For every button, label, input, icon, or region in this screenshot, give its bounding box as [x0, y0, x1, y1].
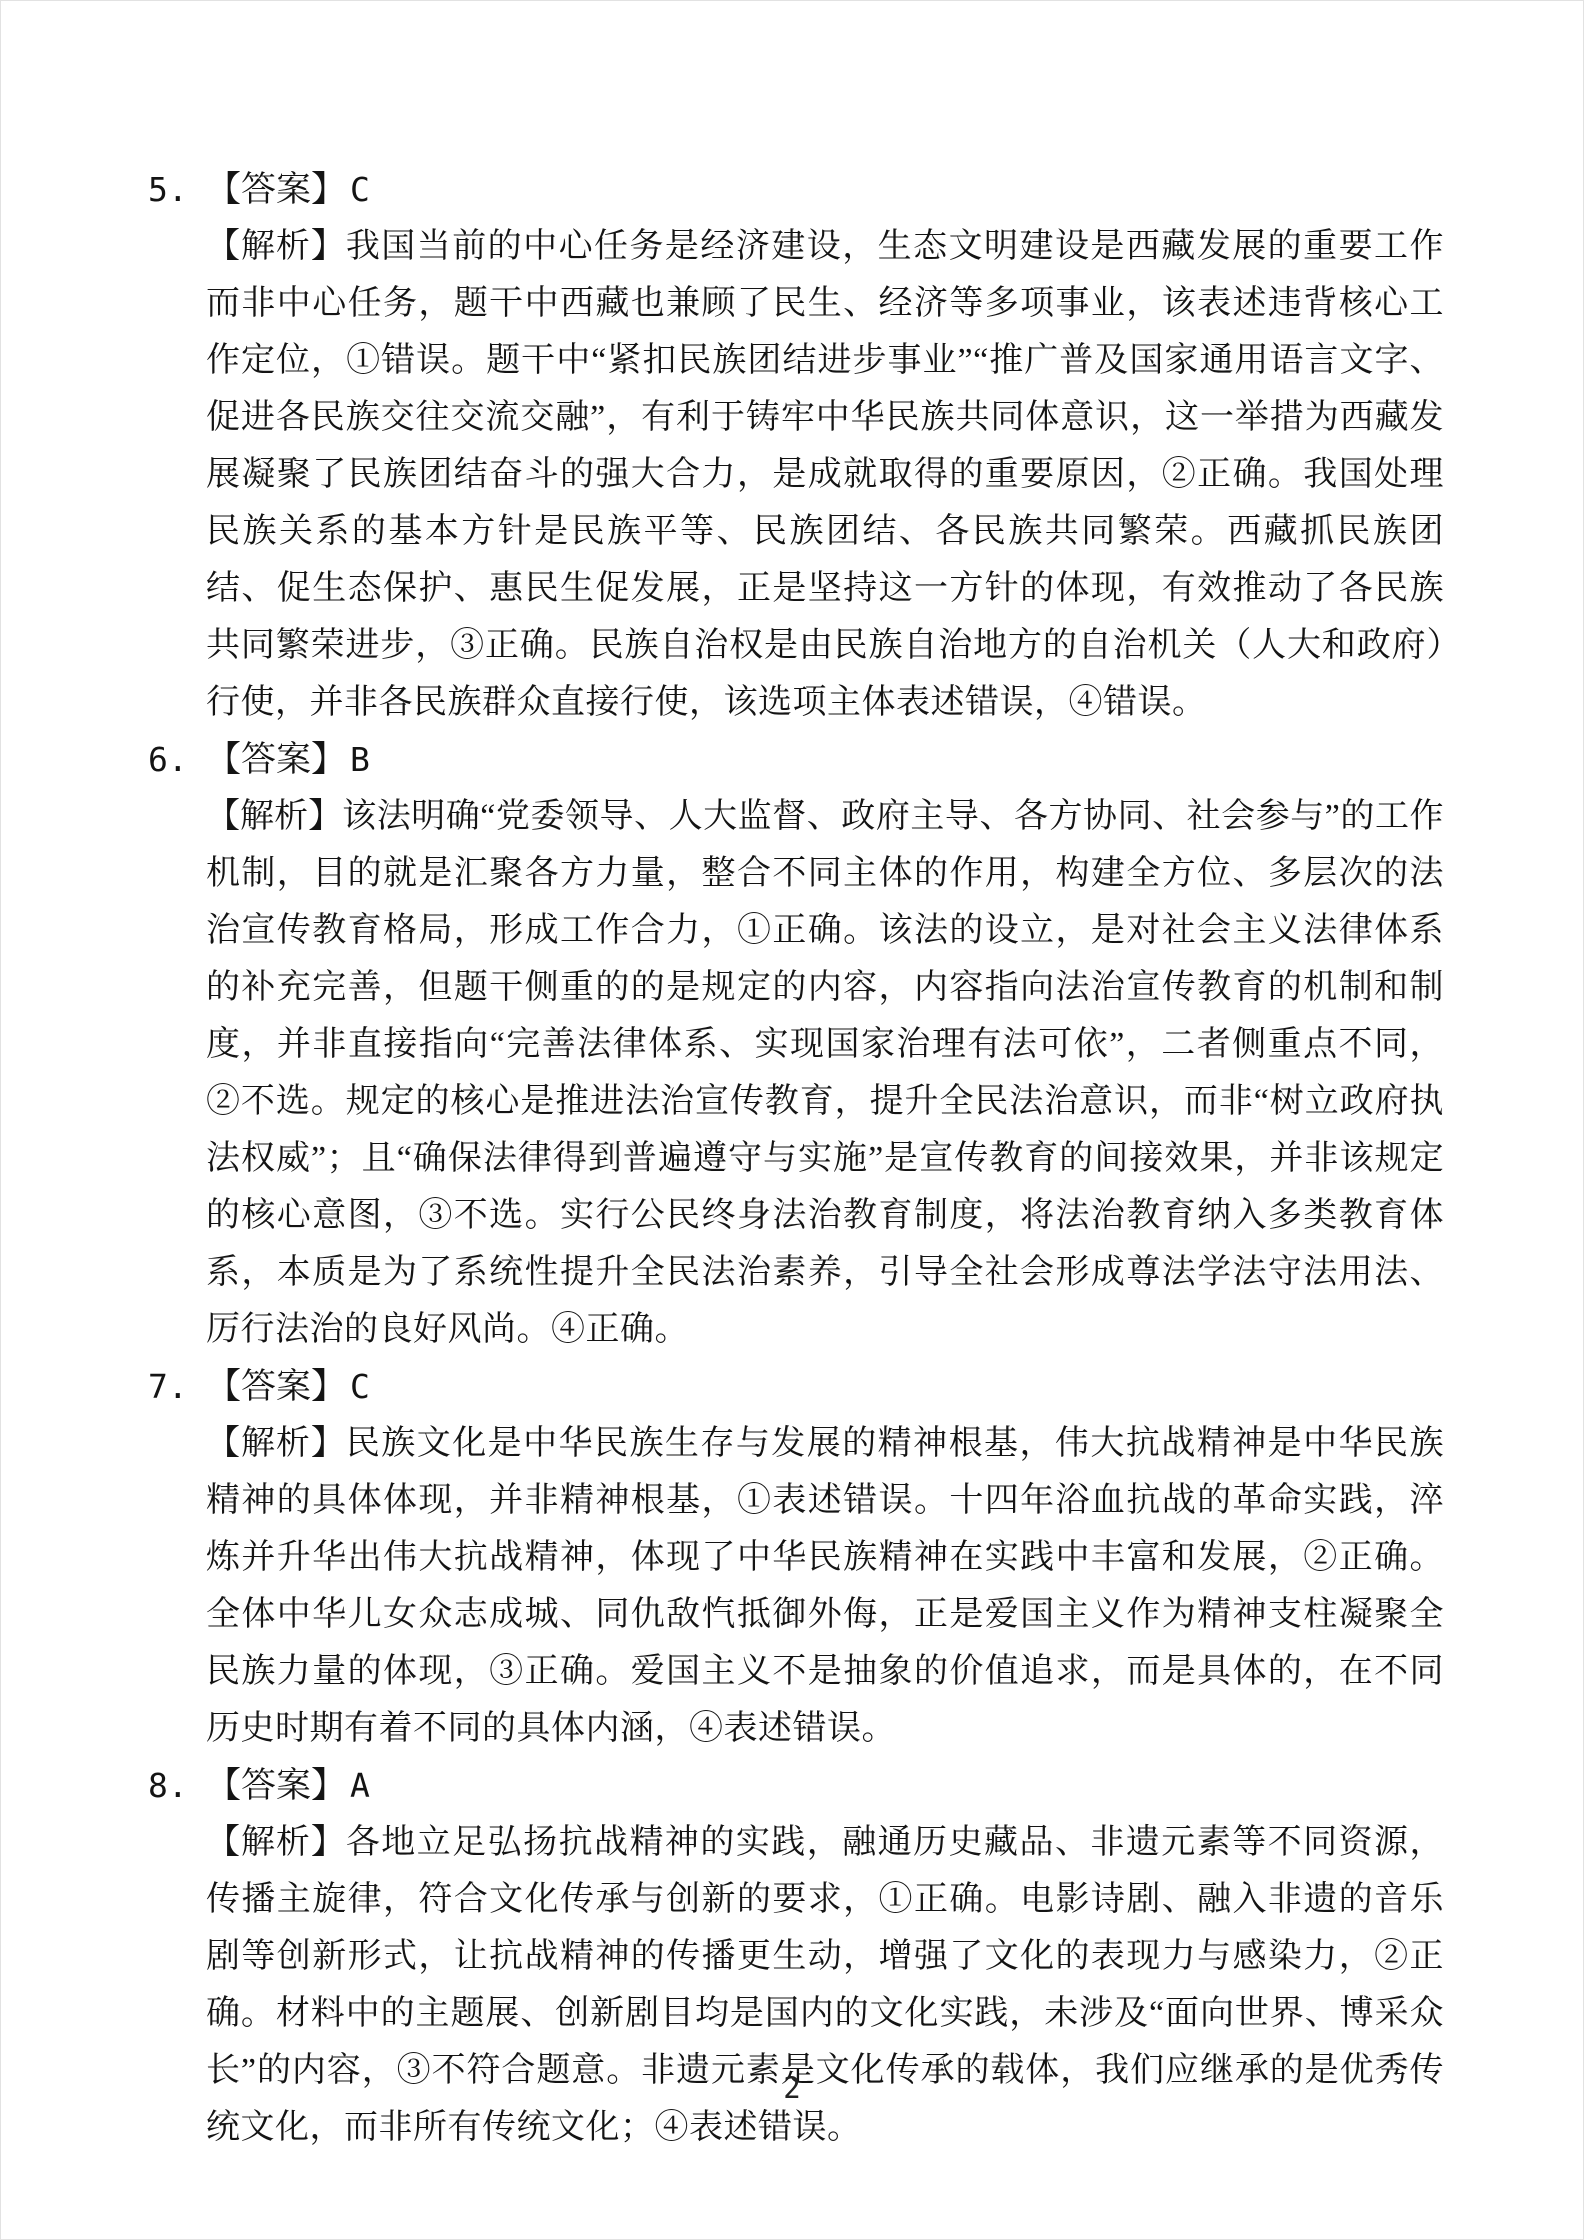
analysis-paragraph: 【解析】我国当前的中心任务是经济建设，生态文明建设是西藏发展的重要工作而非中心任…	[206, 218, 1444, 731]
answer-line: 【答案】C	[206, 161, 1444, 218]
analysis-text: 我国当前的中心任务是经济建设，生态文明建设是西藏发展的重要工作而非中心任务，题干…	[206, 228, 1444, 721]
analysis-label: 【解析】	[206, 798, 342, 835]
analysis-label: 【解析】	[206, 228, 346, 265]
answer-line: 【答案】B	[206, 731, 1444, 788]
answer-line: 【答案】A	[206, 1757, 1444, 1814]
item-number: 8.	[148, 1757, 188, 1814]
item-number: 7.	[148, 1358, 188, 1415]
item-number: 6.	[148, 731, 188, 788]
document-page: 5. 【答案】C 【解析】我国当前的中心任务是经济建设，生态文明建设是西藏发展的…	[0, 0, 1584, 2240]
analysis-label: 【解析】	[206, 1425, 346, 1462]
analysis-text: 该法明确“党委领导、人大监督、政府主导、各方协同、社会参与”的工作机制，目的就是…	[206, 798, 1444, 1348]
answers-list: 5. 【答案】C 【解析】我国当前的中心任务是经济建设，生态文明建设是西藏发展的…	[206, 161, 1444, 2156]
answer-item-7: 7. 【答案】C 【解析】民族文化是中华民族生存与发展的精神根基，伟大抗战精神是…	[206, 1358, 1444, 1757]
page-number: 2	[1, 2071, 1583, 2105]
analysis-text: 民族文化是中华民族生存与发展的精神根基，伟大抗战精神是中华民族精神的具体体现，并…	[206, 1425, 1444, 1747]
analysis-paragraph: 【解析】民族文化是中华民族生存与发展的精神根基，伟大抗战精神是中华民族精神的具体…	[206, 1415, 1444, 1757]
answer-line: 【答案】C	[206, 1358, 1444, 1415]
answer-label: 【答案】	[206, 1766, 346, 1805]
answer-value: C	[346, 170, 370, 209]
answer-item-5: 5. 【答案】C 【解析】我国当前的中心任务是经济建设，生态文明建设是西藏发展的…	[206, 161, 1444, 731]
answer-value: B	[346, 740, 370, 779]
answer-item-6: 6. 【答案】B 【解析】该法明确“党委领导、人大监督、政府主导、各方协同、社会…	[206, 731, 1444, 1358]
item-number: 5.	[148, 161, 188, 218]
analysis-label: 【解析】	[206, 1824, 346, 1861]
analysis-paragraph: 【解析】该法明确“党委领导、人大监督、政府主导、各方协同、社会参与”的工作机制，…	[206, 788, 1444, 1358]
answer-label: 【答案】	[206, 740, 346, 779]
answer-value: C	[346, 1367, 370, 1406]
answer-label: 【答案】	[206, 170, 346, 209]
answer-label: 【答案】	[206, 1367, 346, 1406]
answer-value: A	[346, 1766, 370, 1805]
